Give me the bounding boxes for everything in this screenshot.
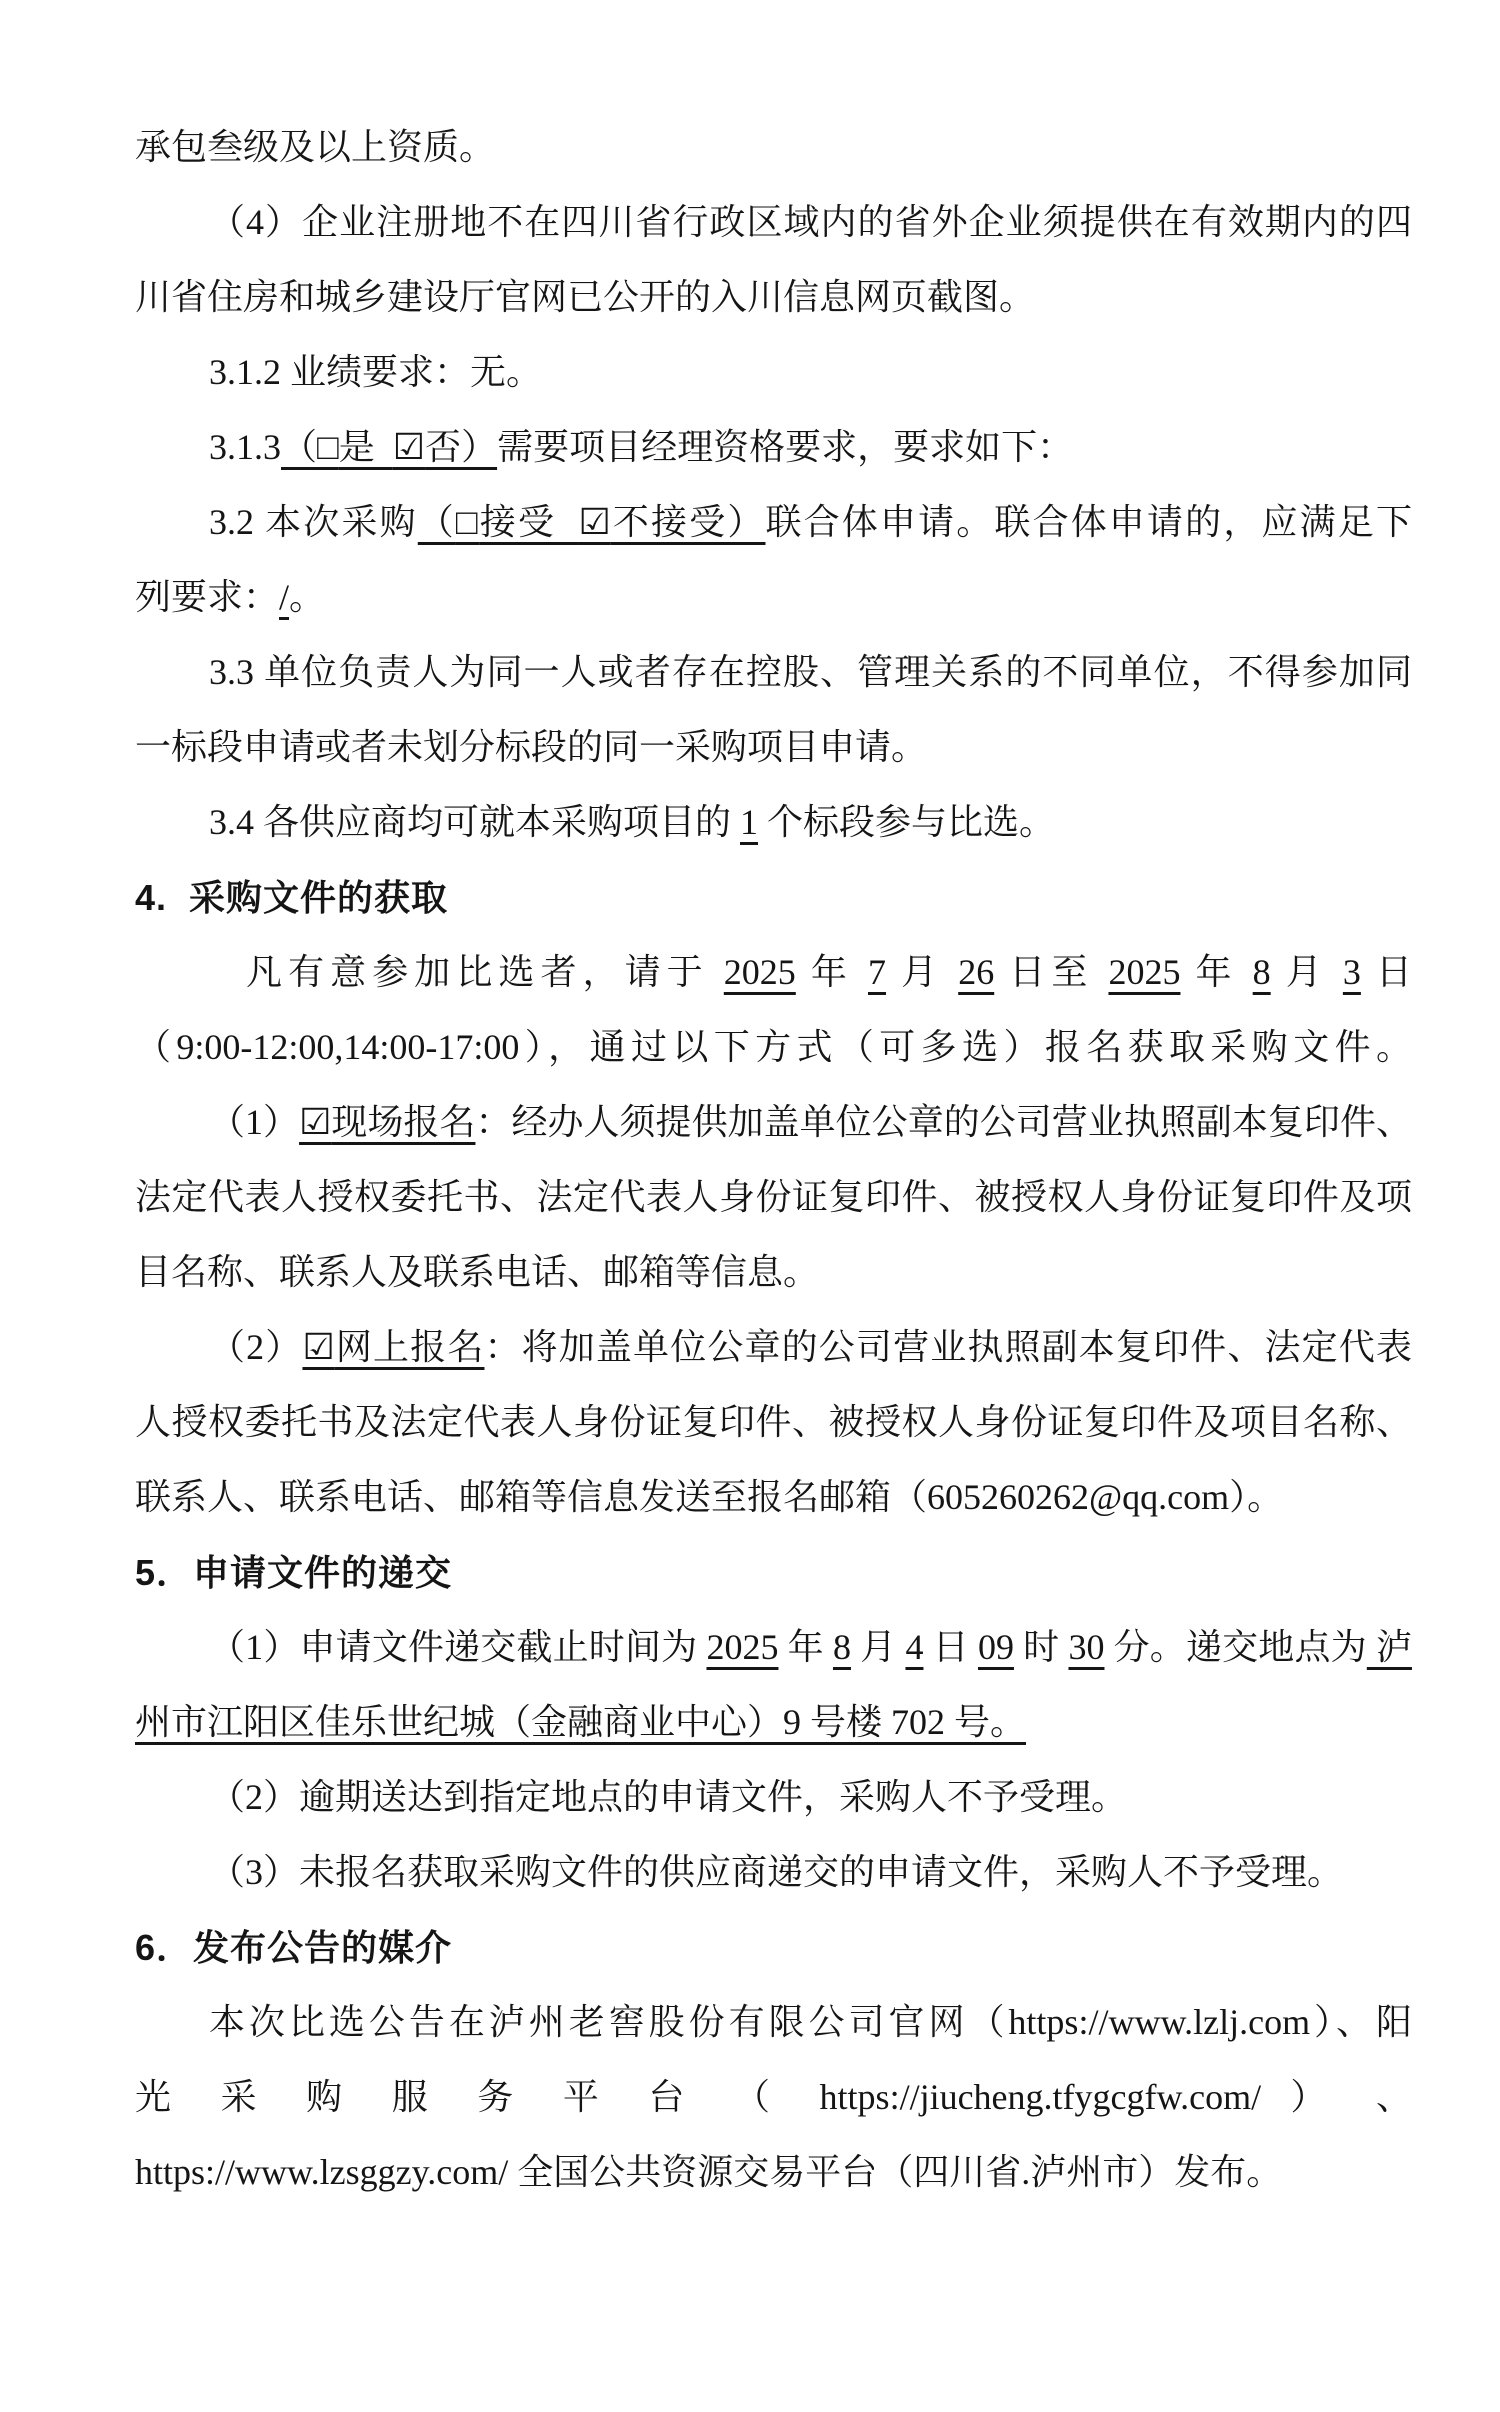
text-run: （1）	[209, 1102, 299, 1142]
document-line: （4）企业注册地不在四川省行政区域内的省外企业须提供在有效期内的四	[135, 185, 1412, 260]
text-run: 月	[1271, 952, 1343, 992]
document-line: 3.2 本次采购（□接受 ☑不接受）联合体申请。联合体申请的，应满足下	[135, 485, 1412, 560]
text-run: 日	[923, 1627, 978, 1667]
section-heading: 4. 采购文件的获取	[135, 860, 1412, 935]
underlined-text: （	[281, 427, 317, 467]
checkbox-unchecked-icon: □	[317, 427, 339, 467]
section-heading: 6．发布公告的媒介	[135, 1910, 1412, 1985]
checkbox-checked-icon: ☑	[302, 1327, 334, 1367]
document-line: 3.1.3（□是 ☑否）需要项目经理资格要求，要求如下：	[135, 410, 1412, 485]
document-body: 承包叁级及以上资质。（4）企业注册地不在四川省行政区域内的省外企业须提供在有效期…	[135, 110, 1412, 2210]
text-run: （4）企业注册地不在四川省行政区域内的省外企业须提供在有效期内的四	[209, 202, 1412, 242]
underlined-text: 4	[905, 1627, 923, 1667]
document-line: 人授权委托书及法定代表人身份证复印件、被授权人身份证复印件及项目名称、	[135, 1385, 1412, 1460]
underlined-text: 现场报名	[331, 1102, 475, 1142]
underlined-text: 2025	[706, 1627, 778, 1667]
text-run: 4. 采购文件的获取	[135, 877, 448, 918]
text-run: 日至	[994, 952, 1108, 992]
underlined-text: 8	[833, 1627, 851, 1667]
document-line: 列要求：/。	[135, 560, 1412, 635]
document-line: 3.3 单位负责人为同一人或者存在控股、管理关系的不同单位，不得参加同	[135, 635, 1412, 710]
text-run: 年	[1180, 952, 1252, 992]
document-line: 承包叁级及以上资质。	[135, 110, 1412, 185]
text-run: 个标段参与比选。	[758, 802, 1055, 842]
text-run: 3.1.3	[209, 427, 281, 467]
text-run: 承包叁级及以上资质。	[135, 127, 495, 167]
text-run: 年	[778, 1627, 833, 1667]
underlined-text: 8	[1253, 952, 1271, 992]
text-run: 需要项目经理资格要求，要求如下：	[497, 427, 1073, 467]
document-line: 联系人、联系电话、邮箱等信息发送至报名邮箱（605260262@qq.com）。	[135, 1460, 1412, 1535]
text-run: 人授权委托书及法定代表人身份证复印件、被授权人身份证复印件及项目名称、	[135, 1402, 1412, 1442]
checkbox-checked-icon: ☑	[393, 427, 425, 467]
text-run: （1）申请文件递交截止时间为	[209, 1627, 706, 1667]
document-line: （2）逾期送达到指定地点的申请文件，采购人不予受理。	[135, 1760, 1412, 1835]
underlined-text: 09	[978, 1627, 1014, 1667]
checkbox-unchecked-icon: □	[456, 502, 480, 542]
underlined-text: 7	[868, 952, 886, 992]
document-line: 川省住房和城乡建设厅官网已公开的入川信息网页截图。	[135, 260, 1412, 335]
text-run: 日	[1361, 952, 1412, 992]
underlined-text: 否）	[425, 427, 497, 467]
text-run: 联合体申请。联合体申请的，应满足下	[766, 502, 1412, 542]
document-line: 凡有意参加比选者，请于 2025 年 7 月 26 日至 2025 年 8 月 …	[135, 935, 1412, 1010]
text-run: （2）	[209, 1327, 302, 1367]
document-line: 本次比选公告在泸州老窖股份有限公司官网（https://www.lzlj.com…	[135, 1985, 1412, 2060]
underlined-text: 3	[1343, 952, 1361, 992]
text-run: 时	[1014, 1627, 1069, 1667]
underlined-text: 接受	[480, 502, 579, 542]
underlined-text: 是	[339, 427, 393, 467]
document-line: 3.1.2 业绩要求：无。	[135, 335, 1412, 410]
text-run: （9:00-12:00,14:00-17:00），通过以下方式（可多选）报名获取…	[135, 1027, 1412, 1067]
text-run: 6．发布公告的媒介	[135, 1927, 452, 1968]
text-run: （3）未报名获取采购文件的供应商递交的申请文件，采购人不予受理。	[209, 1852, 1343, 1892]
underlined-text: 州市江阳区佳乐世纪城（金融商业中心）9 号楼 702 号。	[135, 1702, 1026, 1742]
text-run: ：经办人须提供加盖单位公章的公司营业执照副本复印件、	[475, 1102, 1412, 1142]
underlined-text: 26	[958, 952, 994, 992]
document-line: （1）☑现场报名：经办人须提供加盖单位公章的公司营业执照副本复印件、	[135, 1085, 1412, 1160]
checkbox-checked-icon: ☑	[578, 502, 610, 542]
document-line: https://www.lzsggzy.com/ 全国公共资源交易平台（四川省.…	[135, 2135, 1412, 2210]
document-line: 3.4 各供应商均可就本采购项目的 1 个标段参与比选。	[135, 785, 1412, 860]
text-run: https://www.lzsggzy.com/ 全国公共资源交易平台（四川省.…	[135, 2152, 1282, 2192]
section-heading: 5．申请文件的递交	[135, 1535, 1412, 1610]
text-run: 月	[851, 1627, 906, 1667]
text-run: 川省住房和城乡建设厅官网已公开的入川信息网页截图。	[135, 277, 1035, 317]
document-line: （3）未报名获取采购文件的供应商递交的申请文件，采购人不予受理。	[135, 1835, 1412, 1910]
underlined-text: 1	[740, 802, 758, 842]
underlined-text: /	[279, 577, 289, 617]
text-run: 凡有意参加比选者，请于	[246, 952, 724, 992]
text-run: 列要求：	[135, 577, 279, 617]
underlined-text: （	[418, 502, 456, 542]
underlined-text: 30	[1068, 1627, 1104, 1667]
document-line: 法定代表人授权委托书、法定代表人身份证复印件、被授权人身份证复印件及项	[135, 1160, 1412, 1235]
text-run: 联系人、联系电话、邮箱等信息发送至报名邮箱（605260262@qq.com）。	[135, 1477, 1283, 1517]
text-run: 一标段申请或者未划分标段的同一采购项目申请。	[135, 727, 927, 767]
text-run: 3.3 单位负责人为同一人或者存在控股、管理关系的不同单位，不得参加同	[209, 652, 1412, 692]
text-run: ：将加盖单位公章的公司营业执照副本复印件、法定代表	[484, 1327, 1412, 1367]
document-line: 一标段申请或者未划分标段的同一采购项目申请。	[135, 710, 1412, 785]
text-run: 法定代表人授权委托书、法定代表人身份证复印件、被授权人身份证复印件及项	[135, 1177, 1412, 1217]
underlined-text: 2025	[724, 952, 796, 992]
document-line: 光 采 购 服 务 平 台 （ https://jiucheng.tfygcgf…	[135, 2060, 1412, 2135]
document-line: （2）☑网上报名：将加盖单位公章的公司营业执照副本复印件、法定代表	[135, 1310, 1412, 1385]
text-run: 。	[289, 577, 325, 617]
text-run: 光 采 购 服 务 平 台 （ https://jiucheng.tfygcgf…	[135, 2077, 1412, 2117]
document-line: 州市江阳区佳乐世纪城（金融商业中心）9 号楼 702 号。	[135, 1685, 1412, 1760]
text-run: 5．申请文件的递交	[135, 1552, 452, 1593]
text-run: 目名称、联系人及联系电话、邮箱等信息。	[135, 1252, 819, 1292]
underlined-text: 不接受）	[611, 502, 766, 542]
document-line: （9:00-12:00,14:00-17:00），通过以下方式（可多选）报名获取…	[135, 1010, 1412, 1085]
text-run: 3.2 本次采购	[209, 502, 418, 542]
text-run: （2）逾期送达到指定地点的申请文件，采购人不予受理。	[209, 1777, 1127, 1817]
document-page: 承包叁级及以上资质。（4）企业注册地不在四川省行政区域内的省外企业须提供在有效期…	[0, 0, 1500, 2412]
text-run: 年	[796, 952, 868, 992]
underlined-text: 网上报名	[335, 1327, 485, 1367]
text-run: 月	[886, 952, 958, 992]
document-line: 目名称、联系人及联系电话、邮箱等信息。	[135, 1235, 1412, 1310]
text-run: 分。递交地点为	[1104, 1627, 1366, 1667]
text-run: 3.1.2 业绩要求：无。	[209, 352, 542, 392]
text-run: 本次比选公告在泸州老窖股份有限公司官网（https://www.lzlj.com…	[209, 2002, 1412, 2042]
checkbox-checked-icon: ☑	[299, 1102, 331, 1142]
underlined-text: 泸	[1367, 1627, 1412, 1667]
underlined-text: 2025	[1108, 952, 1180, 992]
text-run: 3.4 各供应商均可就本采购项目的	[209, 802, 740, 842]
document-line: （1）申请文件递交截止时间为 2025 年 8 月 4 日 09 时 30 分。…	[135, 1610, 1412, 1685]
